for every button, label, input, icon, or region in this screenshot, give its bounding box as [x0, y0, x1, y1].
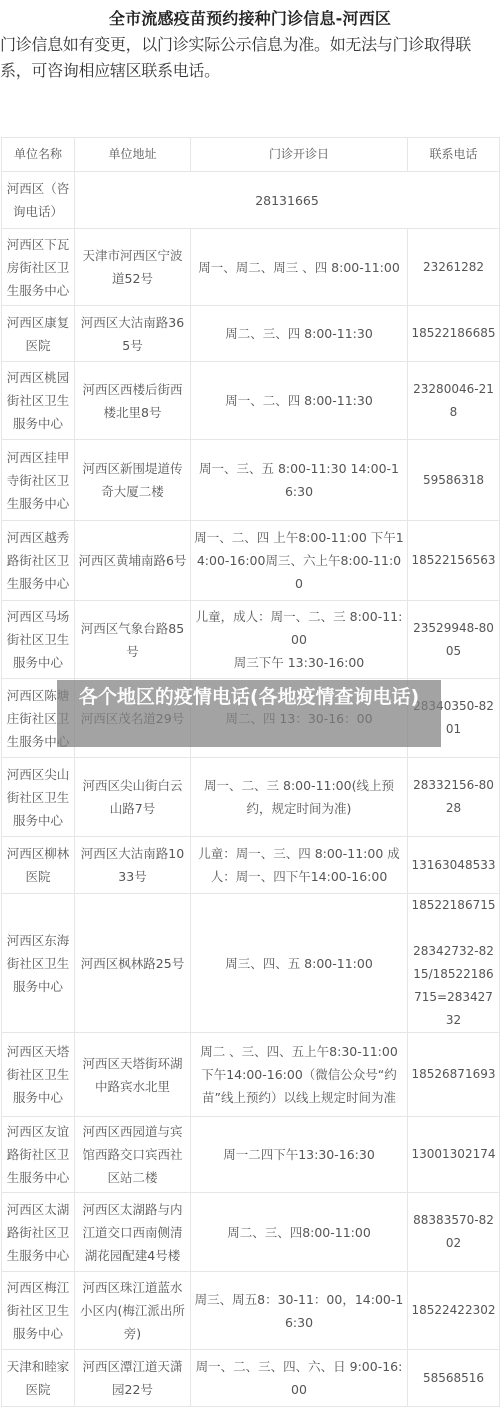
page-title: 全市流感疫苗预约接种门诊信息-河西区 — [0, 6, 500, 29]
unit-address: 河西区尖山街白云山路7号 — [75, 758, 191, 837]
open-days: 周一、二、三 8:00-11:00(线上预约，规定时间为准) — [191, 758, 408, 837]
table-row: 河西区下瓦房街社区卫生服务中心 天津市河西区宁波道52号 周一、周二、周三 、四… — [2, 229, 500, 306]
unit-address: 河西区潭江道天潇园22号 — [75, 1350, 191, 1407]
open-days: 儿童，成人：周一、二、三 8:00-11:00 周三下午 13:30-16:00 — [191, 601, 408, 679]
unit-address: 河西区枫林路25号 — [75, 894, 191, 1033]
contact-phone-primary: 18522186715 — [411, 894, 496, 917]
unit-name: 河西区桃园街社区卫生服务中心 — [2, 362, 75, 440]
table-row: 河西区康复医院 河西区大沽南路365号 周二、三、四 8:00-11:30 18… — [2, 306, 500, 362]
unit-name: 河西区越秀路街社区卫生服务中心 — [2, 521, 75, 601]
open-days: 周三、四、五 8:00-11:00 — [191, 894, 408, 1033]
hotline-row: 河西区（咨询电话） 28131665 — [2, 172, 500, 229]
notice-text: 门诊信息如有变更，以门诊实际公示信息为准。如无法与门诊取得联系，可咨询相应辖区联… — [0, 32, 500, 84]
unit-name: 河西区康复医院 — [2, 306, 75, 362]
unit-address: 河西区气象台路85号 — [75, 601, 191, 679]
spacer — [411, 917, 496, 940]
open-days: 周一、二、四 8:00-11:30 — [191, 362, 408, 440]
table-row: 河西区梅江街社区卫生服务中心 河西区珠江道蓝水小区内(梅江派出所旁) 周三、周五… — [2, 1272, 500, 1350]
open-days: 儿童：周一、三、四 8:00-11:00 成人：周一、四下午14:00-16:0… — [191, 837, 408, 894]
unit-name: 河西区友谊路街社区卫生服务中心 — [2, 1117, 75, 1193]
table-row: 河西区天塔街社区卫生服务中心 河西区天塔街环湖中路宾水北里 周二 、三、四、五上… — [2, 1033, 500, 1117]
unit-address: 河西区西楼后街西楼北里8号 — [75, 362, 191, 440]
open-days: 周一、三、五 8:00-11:30 14:00-16:30 — [191, 440, 408, 521]
contact-phone: 13163048533 — [408, 837, 500, 894]
contact-phone: 28332156-8028 — [408, 758, 500, 837]
open-days-line: 儿童，成人：周一、二、三 8:00-11:00 — [194, 605, 404, 651]
table-row: 河西区桃园街社区卫生服务中心 河西区西楼后街西楼北里8号 周一、二、四 8:00… — [2, 362, 500, 440]
contact-phone: 88383570-8202 — [408, 1193, 500, 1272]
table-row: 河西区友谊路街社区卫生服务中心 河西区西园道与宾馆西路交口宾西社区站二楼 周一二… — [2, 1117, 500, 1193]
table-row: 河西区柳林医院 河西区大沽南路1033号 儿童：周一、三、四 8:00-11:0… — [2, 837, 500, 894]
table-row: 天津和睦家医院 河西区潭江道天潇园22号 周一、二、三、四、六、日 9:00-1… — [2, 1350, 500, 1407]
caption-overlay-text: 各个地区的疫情电话(各地疫情查询电话) — [57, 686, 429, 708]
contact-phone: 58568516 — [408, 1350, 500, 1407]
unit-name: 天津和睦家医院 — [2, 1350, 75, 1407]
header-unit-address: 单位地址 — [75, 138, 191, 172]
unit-name: 河西区下瓦房街社区卫生服务中心 — [2, 229, 75, 306]
unit-address: 河西区珠江道蓝水小区内(梅江派出所旁) — [75, 1272, 191, 1350]
open-days: 周一、二、三、四、六、日 9:00-16:00 — [191, 1350, 408, 1407]
open-days: 周二、三、四 8:00-11:30 — [191, 306, 408, 362]
hotline-phone: 28131665 — [75, 172, 500, 229]
unit-name: 河西区挂甲寺街社区卫生服务中心 — [2, 440, 75, 521]
open-days: 周一、周二、周三 、四 8:00-11:00 — [191, 229, 408, 306]
contact-phone-extra: 28342732-8215/18522186715=28342732 — [411, 940, 496, 1032]
unit-name: 河西区太湖路街社区卫生服务中心 — [2, 1193, 75, 1272]
unit-address: 河西区大沽南路365号 — [75, 306, 191, 362]
table-row: 河西区东海街社区卫生服务中心 河西区枫林路25号 周三、四、五 8:00-11:… — [2, 894, 500, 1033]
unit-name: 河西区东海街社区卫生服务中心 — [2, 894, 75, 1033]
unit-address: 河西区黄埔南路6号 — [75, 521, 191, 601]
contact-phone: 23529948-8005 — [408, 601, 500, 679]
contact-phone: 18526871693 — [408, 1033, 500, 1117]
hotline-name: 河西区（咨询电话） — [2, 172, 75, 229]
unit-address: 天津市河西区宁波道52号 — [75, 229, 191, 306]
unit-address: 河西区天塔街环湖中路宾水北里 — [75, 1033, 191, 1117]
unit-address: 河西区大沽南路1033号 — [75, 837, 191, 894]
open-days: 周三、周五8：30-11：00，14:00-16:30 — [191, 1272, 408, 1350]
unit-name: 河西区柳林医院 — [2, 837, 75, 894]
contact-phone: 23280046-218 — [408, 362, 500, 440]
contact-phone: 18522186715 28342732-8215/18522186715=28… — [408, 894, 500, 1033]
open-days: 周二 、三、四、五上午8:30-11:00 下午14:00-16:00（微信公众… — [191, 1033, 408, 1117]
open-days-line-extra: 周三下午 13:30-16:00 — [194, 651, 404, 674]
contact-phone: 23261282 — [408, 229, 500, 306]
clinic-table: 单位名称 单位地址 门诊开诊日 联系电话 河西区（咨询电话） 28131665 … — [1, 137, 500, 1407]
contact-phone: 59586318 — [408, 440, 500, 521]
table-row: 河西区越秀路街社区卫生服务中心 河西区黄埔南路6号 周一、二、四 上午8:00-… — [2, 521, 500, 601]
open-days: 周一二四下午13:30-16:30 — [191, 1117, 408, 1193]
header-unit-name: 单位名称 — [2, 138, 75, 172]
table-row: 河西区马场街社区卫生服务中心 河西区气象台路85号 儿童，成人：周一、二、三 8… — [2, 601, 500, 679]
contact-phone: 18522422302 — [408, 1272, 500, 1350]
contact-phone: 13001302174 — [408, 1117, 500, 1193]
header-open-days: 门诊开诊日 — [191, 138, 408, 172]
table-row: 河西区挂甲寺街社区卫生服务中心 河西区新围堤道传奇大厦二楼 周一、三、五 8:0… — [2, 440, 500, 521]
header-contact-phone: 联系电话 — [408, 138, 500, 172]
unit-name: 河西区梅江街社区卫生服务中心 — [2, 1272, 75, 1350]
unit-name: 河西区天塔街社区卫生服务中心 — [2, 1033, 75, 1117]
unit-name: 河西区尖山街社区卫生服务中心 — [2, 758, 75, 837]
unit-address: 河西区新围堤道传奇大厦二楼 — [75, 440, 191, 521]
table-row: 河西区尖山街社区卫生服务中心 河西区尖山街白云山路7号 周一、二、三 8:00-… — [2, 758, 500, 837]
contact-phone: 18522186685 — [408, 306, 500, 362]
open-days: 周一、二、四 上午8:00-11:00 下午14:00-16:00周三、六上午8… — [191, 521, 408, 601]
table-header-row: 单位名称 单位地址 门诊开诊日 联系电话 — [2, 138, 500, 172]
unit-name: 河西区马场街社区卫生服务中心 — [2, 601, 75, 679]
unit-address: 河西区太湖路与内江道交口西南侧清湖花园配建4号楼 — [75, 1193, 191, 1272]
table-row: 河西区太湖路街社区卫生服务中心 河西区太湖路与内江道交口西南侧清湖花园配建4号楼… — [2, 1193, 500, 1272]
open-days: 周二、三、四8:00-11:00 — [191, 1193, 408, 1272]
unit-address: 河西区西园道与宾馆西路交口宾西社区站二楼 — [75, 1117, 191, 1193]
contact-phone: 18522156563 — [408, 521, 500, 601]
